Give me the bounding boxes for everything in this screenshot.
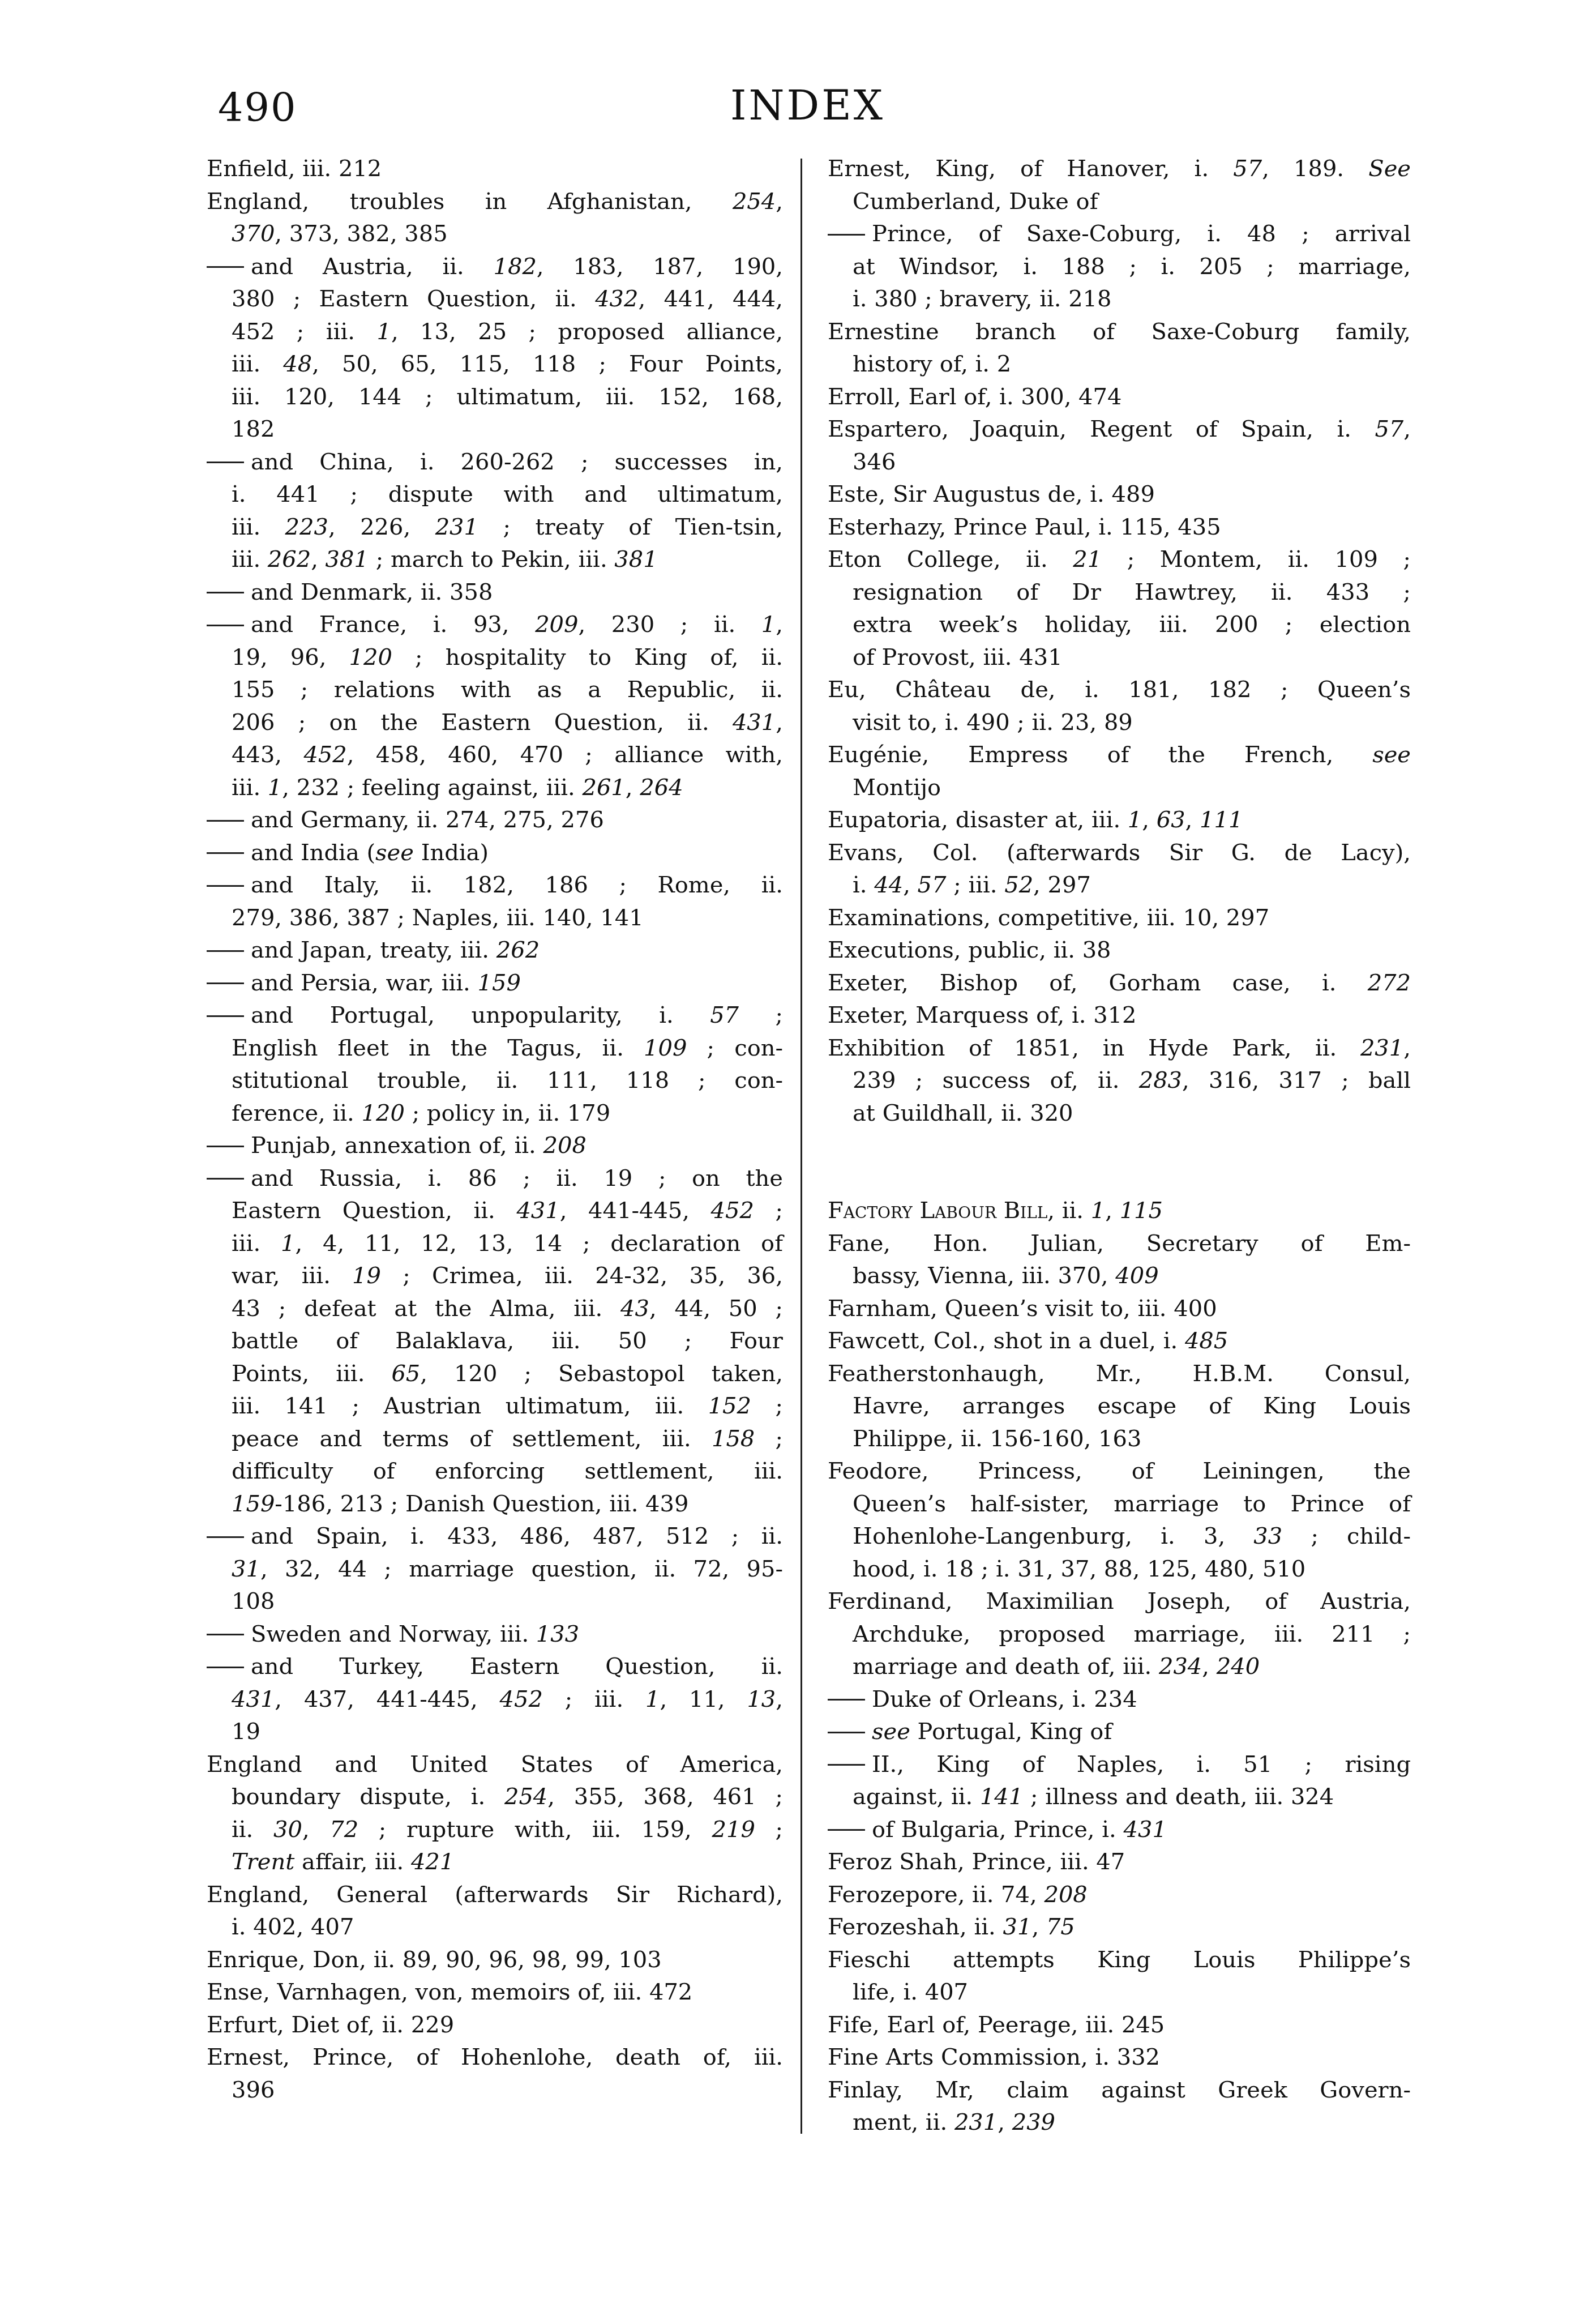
italic-page-ref: 111 [1200, 807, 1243, 833]
italic-page-ref: 261 [582, 775, 625, 801]
index-subentry-line: of Bulgaria, Prince, i. 431 [828, 1814, 1411, 1847]
index-text: 108 [232, 1588, 275, 1614]
index-text: ; march to Pekin, iii. [369, 546, 614, 573]
index-text: ; policy in, ii. 179 [405, 1100, 610, 1126]
index-entry-line: Ernest, Prince, of Hohenlohe, death of, … [207, 2041, 783, 2074]
index-text: , 316, 317 ; ball [1182, 1067, 1411, 1093]
running-head: INDEX [730, 83, 885, 128]
index-text: stitutional trouble, ii. 111, 118 ; con- [232, 1067, 783, 1093]
index-text: peace and terms of settlement, iii. [232, 1426, 712, 1452]
index-text: affair, iii. [294, 1849, 411, 1875]
italic-page-ref: 409 [1115, 1263, 1158, 1289]
index-continuation-line: Hohenlohe-Langenburg, i. 3, 33 ; child- [828, 1520, 1411, 1553]
index-subentry-line: and Turkey, Eastern Question, ii. [207, 1651, 783, 1684]
index-continuation-line: at Windsor, i. 188 ; i. 205 ; marriage, [828, 251, 1411, 284]
index-continuation-line: i. 441 ; dispute with and ultimatum, [207, 479, 783, 511]
index-text: Erfurt, Diet of, ii. 229 [207, 2012, 454, 2038]
em-rule-repeat-marker [828, 234, 865, 236]
italic-page-ref: 152 [708, 1393, 751, 1419]
em-rule-repeat-marker [207, 462, 244, 463]
em-rule-repeat-marker [828, 1699, 865, 1701]
index-text: iii. [232, 775, 268, 801]
index-text: Philippe, ii. 156-160, 163 [853, 1426, 1141, 1452]
em-rule-repeat-marker [207, 266, 244, 268]
index-text: Fawcett, Col., shot in a duel, i. [828, 1328, 1185, 1354]
index-text: ; [739, 1002, 783, 1028]
index-text: 380 ; Eastern Question, ii. [232, 286, 595, 312]
italic-page-ref: 57 [1375, 416, 1403, 442]
index-text: Ernest, King, of Hanover, i. [828, 156, 1233, 182]
index-text: of Bulgaria, Prince, i. [872, 1817, 1124, 1843]
italic-page-ref: 109 [644, 1035, 687, 1061]
index-text: ; [751, 1393, 783, 1419]
index-text: -186, 213 ; Danish Question, iii. 439 [275, 1491, 688, 1517]
blank-line [828, 1130, 1411, 1163]
index-entry-line: Farnham, Queen’s visit to, iii. 400 [828, 1293, 1411, 1326]
em-rule-repeat-marker [828, 1829, 865, 1831]
index-text: Exeter, Bishop of, Gorham case, i. [828, 970, 1368, 996]
index-continuation-line: 182 [207, 413, 783, 446]
index-text: Eupatoria, disaster at, iii. [828, 807, 1128, 833]
index-text: Eugénie, Empress of the French, [828, 742, 1372, 768]
index-continuation-line: English fleet in the Tagus, ii. 109 ; co… [207, 1032, 783, 1065]
index-text: , 373, 382, 385 [275, 221, 447, 247]
index-continuation-line: Queen’s half-sister, marriage to Prince … [828, 1488, 1411, 1521]
index-text: history of, i. 2 [853, 351, 1011, 377]
em-rule-repeat-marker [207, 950, 244, 952]
italic-page-ref: 63 [1157, 807, 1185, 833]
index-text: hood, i. 18 ; i. 31, 37, 88, 125, 480, 5… [853, 1556, 1305, 1582]
index-text: and Spain, i. 433, 486, 487, 512 ; ii. [251, 1523, 783, 1549]
index-text: , 13, 25 ; proposed alliance, [391, 319, 783, 345]
index-text: Ferozepore, ii. 74, [828, 1882, 1044, 1908]
index-entry-line: Exeter, Bishop of, Gorham case, i. 272 [828, 967, 1411, 1000]
index-entry-line: Eupatoria, disaster at, iii. 1, 63, 111 [828, 804, 1411, 837]
index-text: England, General (afterwards Sir Richard… [207, 1882, 783, 1908]
index-text: Points, iii. [232, 1361, 391, 1387]
index-text: ; [754, 1198, 783, 1224]
index-text: Havre, arranges escape of King Louis [853, 1393, 1411, 1419]
index-text: English fleet in the Tagus, ii. [232, 1035, 644, 1061]
index-text: ii. [232, 1817, 273, 1843]
index-continuation-line: i. 44, 57 ; iii. 52, 297 [828, 869, 1411, 902]
index-text: , 4, 11, 12, 13, 14 ; declaration of [295, 1231, 783, 1257]
index-continuation-line: iii. 262, 381 ; march to Pekin, iii. 381 [207, 544, 783, 576]
index-text: i. 441 ; dispute with and ultimatum, [232, 481, 783, 507]
index-entry-line: Fieschi attempts King Louis Philippe’s [828, 1944, 1411, 1977]
italic-page-ref: 141 [980, 1784, 1023, 1810]
index-text: war, iii. [232, 1263, 352, 1289]
index-continuation-line: of Provost, iii. 431 [828, 642, 1411, 674]
index-text: England, troubles in Afghanistan, [207, 189, 733, 215]
index-continuation-line: against, ii. 141 ; illness and death, ii… [828, 1781, 1411, 1814]
index-text: Exeter, Marquess of, i. 312 [828, 1002, 1137, 1028]
index-text: Ense, Varnhagen, von, memoirs of, iii. 4… [207, 1979, 692, 2005]
index-text: ; [755, 1817, 783, 1843]
index-entry-line: Espartero, Joaquin, Regent of Spain, i. … [828, 413, 1411, 446]
index-text: i. [853, 872, 874, 898]
index-text: iii. [232, 514, 285, 540]
index-text: Feroz Shah, Prince, iii. 47 [828, 1849, 1125, 1875]
index-text: and Germany, ii. 274, 275, 276 [251, 807, 604, 833]
index-continuation-line: 443, 452, 458, 460, 470 ; alliance with, [207, 739, 783, 772]
index-text: , 226, [328, 514, 435, 540]
italic-page-ref: 1 [281, 1231, 295, 1257]
index-entry-line: Fife, Earl of, Peerage, iii. 245 [828, 2009, 1411, 2042]
italic-page-ref: 120 [362, 1100, 405, 1126]
italic-page-ref: 240 [1217, 1654, 1260, 1680]
index-text: of Provost, iii. 431 [853, 644, 1063, 670]
index-continuation-line: 43 ; defeat at the Alma, iii. 43, 44, 50… [207, 1293, 783, 1326]
index-text: ; con- [687, 1035, 783, 1061]
italic-page-ref: 254 [504, 1784, 547, 1810]
italic-page-ref: 209 [535, 612, 578, 638]
index-text: Eastern Question, ii. [232, 1198, 516, 1224]
em-rule-repeat-marker [207, 982, 244, 984]
em-rule-repeat-marker [207, 1146, 244, 1147]
index-subentry-line: and Germany, ii. 274, 275, 276 [207, 804, 783, 837]
index-text: 443, [232, 742, 303, 768]
index-continuation-line: peace and terms of settlement, iii. 158 … [207, 1423, 783, 1456]
index-entry-line: Este, Sir Augustus de, i. 489 [828, 479, 1411, 511]
index-continuation-line: 431, 437, 441-445, 452 ; iii. 1, 11, 13, [207, 1684, 783, 1716]
index-entry-line: England and United States of America, [207, 1749, 783, 1782]
italic-page-ref: see [872, 1719, 910, 1745]
index-text: , 50, 65, 115, 118 ; Four Points, [312, 351, 783, 377]
italic-page-ref: 33 [1253, 1523, 1282, 1549]
column-divider-rule [801, 159, 802, 2134]
index-continuation-line: 346 [828, 446, 1411, 479]
index-continuation-line: war, iii. 19 ; Crimea, iii. 24-32, 35, 3… [207, 1260, 783, 1293]
italic-page-ref: 1 [376, 319, 391, 345]
index-text: ference, ii. [232, 1100, 362, 1126]
index-text: Exhibition of 1851, in Hyde Park, ii. [828, 1035, 1360, 1061]
index-text: ment, ii. [853, 2109, 954, 2135]
index-text: Duke of Orleans, i. 234 [872, 1686, 1137, 1712]
em-rule-repeat-marker [828, 1732, 865, 1733]
em-rule-repeat-marker [207, 885, 244, 887]
italic-page-ref: 19 [352, 1263, 381, 1289]
index-text: 182 [232, 416, 275, 442]
index-text: Fane, Hon. Julian, Secretary of Em- [828, 1231, 1411, 1257]
italic-page-ref: 182 [494, 254, 537, 280]
index-text: 279, 386, 387 ; Naples, iii. 140, 141 [232, 905, 644, 931]
index-text: and Russia, i. 86 ; ii. 19 ; on the [251, 1165, 783, 1191]
italic-page-ref: 57 [1233, 156, 1262, 182]
index-text: marriage and death of, iii. [853, 1654, 1159, 1680]
italic-page-ref: 57 [710, 1002, 739, 1028]
italic-page-ref: 65 [391, 1361, 420, 1387]
index-text: , [776, 1686, 783, 1712]
index-text: , 437, 441-445, [275, 1686, 499, 1712]
index-text: Espartero, Joaquin, Regent of Spain, i. [828, 416, 1375, 442]
index-text: , 232 ; feeling against, iii. [282, 775, 582, 801]
index-subentry-line: Sweden and Norway, iii. 133 [207, 1618, 783, 1651]
index-continuation-line: ment, ii. 231, 239 [828, 2107, 1411, 2139]
index-text: Featherstonhaugh, Mr., H.B.M. Consul, [828, 1361, 1411, 1387]
index-entry-line: Ferdinand, Maximilian Joseph, of Austria… [828, 1586, 1411, 1618]
index-text: boundary dispute, i. [232, 1784, 504, 1810]
italic-page-ref: 234 [1159, 1654, 1202, 1680]
index-entry-line: Esterhazy, Prince Paul, i. 115, 435 [828, 511, 1411, 544]
index-entry-line: Executions, public, ii. 38 [828, 934, 1411, 967]
index-text: Esterhazy, Prince Paul, i. 115, 435 [828, 514, 1221, 540]
index-text: i. 380 ; bravery, ii. 218 [853, 286, 1112, 312]
index-text: bassy, Vienna, iii. 370, [853, 1263, 1115, 1289]
italic-page-ref: 30 [273, 1817, 302, 1843]
italic-page-ref: 452 [711, 1198, 754, 1224]
italic-page-ref: 431 [516, 1198, 559, 1224]
index-text: India) [414, 840, 489, 866]
italic-page-ref: 283 [1139, 1067, 1182, 1093]
index-continuation-line: i. 402, 407 [207, 1911, 783, 1944]
index-continuation-line: 370, 373, 382, 385 [207, 218, 783, 251]
index-continuation-line: hood, i. 18 ; i. 31, 37, 88, 125, 480, 5… [828, 1553, 1411, 1586]
index-column-left: Enfield, iii. 212England, troubles in Af… [207, 153, 783, 2107]
italic-page-ref: 1 [268, 775, 282, 801]
index-text: against, ii. [853, 1784, 980, 1810]
italic-page-ref: see [1372, 742, 1411, 768]
em-rule-repeat-marker [207, 1634, 244, 1635]
index-text: , [311, 546, 325, 573]
index-continuation-line: 380 ; Eastern Question, ii. 432, 441, 44… [207, 283, 783, 316]
italic-page-ref: 13 [747, 1686, 776, 1712]
italic-page-ref: 43 [620, 1296, 649, 1322]
index-continuation-line: 19 [207, 1716, 783, 1749]
index-text: 452 ; iii. [232, 319, 376, 345]
index-subentry-line: see Portugal, King of [828, 1716, 1411, 1749]
italic-page-ref: 1 [761, 612, 776, 638]
index-text: battle of Balaklava, iii. 50 ; Four [232, 1328, 783, 1354]
index-continuation-line: marriage and death of, iii. 234, 240 [828, 1651, 1411, 1684]
index-entry-line: Evans, Col. (afterwards Sir G. de Lacy), [828, 837, 1411, 870]
index-continuation-line: stitutional trouble, ii. 111, 118 ; con- [207, 1065, 783, 1097]
index-text: 239 ; success of, ii. [853, 1067, 1139, 1093]
index-continuation-line: iii. 141 ; Austrian ultimatum, iii. 152 … [207, 1390, 783, 1423]
index-entry-line: Ense, Varnhagen, von, memoirs of, iii. 4… [207, 1976, 783, 2009]
index-text: , 458, 460, 470 ; alliance with, [347, 742, 783, 768]
italic-page-ref: 231 [954, 2109, 998, 2135]
italic-page-ref: 381 [614, 546, 657, 573]
index-subentry-line: Prince, of Saxe-Coburg, i. 48 ; arrival [828, 218, 1411, 251]
index-text: ; Montem, ii. 109 ; [1102, 546, 1411, 573]
italic-page-ref: 1 [645, 1686, 660, 1712]
index-text: , 441-445, [560, 1198, 711, 1224]
index-text: 19, 96, [232, 644, 349, 670]
index-entry-line: Fine Arts Commission, i. 332 [828, 2041, 1411, 2074]
index-continuation-line: battle of Balaklava, iii. 50 ; Four [207, 1325, 783, 1358]
italic-page-ref: 254 [733, 189, 776, 215]
index-text: , 355, 368, 461 ; [547, 1784, 783, 1810]
italic-page-ref: 431 [733, 710, 776, 736]
index-text: , [302, 1817, 329, 1843]
index-text: ; iii. [543, 1686, 645, 1712]
index-text: 206 ; on the Eastern Question, ii. [232, 710, 733, 736]
index-entry-line: England, General (afterwards Sir Richard… [207, 1879, 783, 1912]
index-text: ; Crimea, iii. 24-32, 35, 36, [381, 1263, 783, 1289]
index-text: and Portugal, unpopularity, i. [251, 1002, 710, 1028]
index-subentry-line: II., King of Naples, i. 51 ; rising [828, 1749, 1411, 1782]
index-text: iii. [232, 546, 268, 573]
italic-page-ref: 31 [1003, 1914, 1032, 1940]
index-text: Montijo [853, 775, 941, 801]
index-entry-line: Factory Labour Bill, ii. 1, 115 [828, 1195, 1411, 1228]
index-subentry-line: and Spain, i. 433, 486, 487, 512 ; ii. [207, 1520, 783, 1553]
index-continuation-line: 239 ; success of, ii. 283, 316, 317 ; ba… [828, 1065, 1411, 1097]
index-entry-line: Ernest, King, of Hanover, i. 57, 189. Se… [828, 153, 1411, 186]
em-rule-repeat-marker [207, 625, 244, 626]
italic-page-ref: 485 [1185, 1328, 1228, 1354]
index-text: Hohenlohe-Langenburg, i. 3, [853, 1523, 1253, 1549]
index-column-right: Ernest, King, of Hanover, i. 57, 189. Se… [828, 153, 1411, 2139]
index-continuation-line: 155 ; relations with as a Republic, ii. [207, 674, 783, 707]
italic-page-ref: 264 [640, 775, 683, 801]
index-text: and Persia, war, iii. [251, 970, 478, 996]
index-continuation-line: ference, ii. 120 ; policy in, ii. 179 [207, 1097, 783, 1130]
italic-page-ref: 208 [543, 1133, 587, 1159]
index-text: resignation of Dr Hawtrey, ii. 433 ; [853, 579, 1411, 605]
index-text: , [626, 775, 640, 801]
index-text: ; illness and death, iii. 324 [1023, 1784, 1334, 1810]
index-continuation-line: Cumberland, Duke of [828, 186, 1411, 219]
em-rule-repeat-marker [207, 852, 244, 854]
index-text: 43 ; defeat at the Alma, iii. [232, 1296, 620, 1322]
index-continuation-line: Trent affair, iii. 421 [207, 1846, 783, 1879]
index-continuation-line: life, i. 407 [828, 1976, 1411, 2009]
index-text: iii. 141 ; Austrian ultimatum, iii. [232, 1393, 708, 1419]
italic-page-ref: See [1368, 156, 1411, 182]
italic-page-ref: 231 [1360, 1035, 1403, 1061]
index-text: ; [755, 1426, 783, 1452]
index-continuation-line: i. 380 ; bravery, ii. 218 [828, 283, 1411, 316]
italic-page-ref: 231 [435, 514, 478, 540]
italic-page-ref: 115 [1120, 1198, 1163, 1224]
index-text: and China, i. 260-262 ; successes in, [251, 449, 783, 475]
page-number: 490 [218, 85, 297, 130]
index-text: , [1403, 1035, 1411, 1061]
index-text: ; iii. [946, 872, 1004, 898]
italic-page-ref: 158 [712, 1426, 755, 1452]
italic-page-ref: 72 [329, 1817, 358, 1843]
index-text: Cumberland, Duke of [853, 189, 1098, 215]
index-entry-line: Ferozepore, ii. 74, 208 [828, 1879, 1411, 1912]
index-subentry-line: Duke of Orleans, i. 234 [828, 1684, 1411, 1716]
index-continuation-line: Havre, arranges escape of King Louis [828, 1390, 1411, 1423]
index-text: and France, i. 93, [251, 612, 535, 638]
em-rule-repeat-marker [828, 1764, 865, 1766]
index-text: ; child- [1282, 1523, 1411, 1549]
index-text: , 44, 50 ; [649, 1296, 783, 1322]
index-text: i. 402, 407 [232, 1914, 354, 1940]
index-text: Fife, Earl of, Peerage, iii. 245 [828, 2012, 1165, 2038]
index-continuation-line: iii. 1, 232 ; feeling against, iii. 261,… [207, 772, 783, 805]
index-text: Queen’s half-sister, marriage to Prince … [853, 1491, 1411, 1517]
index-text: and Italy, ii. 182, 186 ; Rome, ii. [251, 872, 783, 898]
italic-page-ref: 120 [349, 644, 392, 670]
index-subentry-line: and Austria, ii. 182, 183, 187, 190, [207, 251, 783, 284]
index-text: and Denmark, ii. 358 [251, 579, 493, 605]
index-text: Erroll, Earl of, i. 300, 474 [828, 384, 1121, 410]
index-text: Ernestine branch of Saxe-Coburg family, [828, 319, 1411, 345]
index-text: , [1202, 1654, 1216, 1680]
index-entry-line: Exeter, Marquess of, i. 312 [828, 999, 1411, 1032]
index-text: Punjab, annexation of, ii. [251, 1133, 543, 1159]
index-text: and Japan, treaty, iii. [251, 937, 496, 963]
index-entry-line: Ernestine branch of Saxe-Coburg family, [828, 316, 1411, 349]
italic-page-ref: 370 [232, 221, 275, 247]
index-text: Examinations, competitive, iii. 10, 297 [828, 905, 1269, 931]
italic-page-ref: 431 [1124, 1817, 1167, 1843]
index-continuation-line: 108 [207, 1586, 783, 1618]
index-entry-line: Enfield, iii. 212 [207, 153, 783, 186]
index-text: difficulty of enforcing settlement, iii. [232, 1458, 783, 1484]
index-entry-line: Eugénie, Empress of the French, see [828, 739, 1411, 772]
index-text: iii. 120, 144 ; ultimatum, iii. 152, 168… [232, 384, 783, 410]
em-rule-repeat-marker [207, 592, 244, 593]
index-continuation-line: difficulty of enforcing settlement, iii. [207, 1455, 783, 1488]
index-continuation-line: ii. 30, 72 ; rupture with, iii. 159, 219… [207, 1814, 783, 1847]
index-text: II., King of Naples, i. 51 ; rising [872, 1751, 1411, 1778]
em-rule-repeat-marker [207, 1178, 244, 1180]
em-rule-repeat-marker [207, 1667, 244, 1668]
index-text: at Windsor, i. 188 ; i. 205 ; marriage, [853, 254, 1411, 280]
index-text: and Turkey, Eastern Question, ii. [251, 1654, 783, 1680]
index-text: 396 [232, 2077, 275, 2103]
index-entry-line: Feroz Shah, Prince, iii. 47 [828, 1846, 1411, 1879]
index-text: extra week’s holiday, iii. 200 ; electio… [853, 612, 1411, 638]
index-entry-line: Eu, Château de, i. 181, 182 ; Queen’s [828, 674, 1411, 707]
index-text: Prince, of Saxe-Coburg, i. 48 ; arrival [872, 221, 1411, 247]
index-continuation-line: 19, 96, 120 ; hospitality to King of, ii… [207, 642, 783, 674]
italic-page-ref: 452 [303, 742, 346, 768]
italic-page-ref: 219 [712, 1817, 755, 1843]
index-text: Ferozeshah, ii. [828, 1914, 1003, 1940]
italic-page-ref: 431 [232, 1686, 275, 1712]
index-subentry-line: and France, i. 93, 209, 230 ; ii. 1, [207, 609, 783, 642]
index-text: 346 [853, 449, 896, 475]
index-text: Feodore, Princess, of Leiningen, the [828, 1458, 1411, 1484]
index-text: , [776, 710, 783, 736]
index-text: ; rupture with, iii. 159, [358, 1817, 712, 1843]
index-continuation-line: 279, 386, 387 ; Naples, iii. 140, 141 [207, 902, 783, 935]
index-text: Executions, public, ii. 38 [828, 937, 1111, 963]
em-rule-repeat-marker [207, 1015, 244, 1017]
index-text: , [1142, 807, 1156, 833]
index-text: Ferdinand, Maximilian Joseph, of Austria… [828, 1588, 1411, 1614]
index-continuation-line: Philippe, ii. 156-160, 163 [828, 1423, 1411, 1456]
index-continuation-line: visit to, i. 490 ; ii. 23, 89 [828, 707, 1411, 740]
index-subentry-line: Punjab, annexation of, ii. 208 [207, 1130, 783, 1163]
italic-page-ref: 48 [283, 351, 312, 377]
index-text: Ernest, Prince, of Hohenlohe, death of, … [207, 2044, 783, 2070]
index-text: iii. [232, 351, 283, 377]
index-continuation-line: 31, 32, 44 ; marriage question, ii. 72, … [207, 1553, 783, 1586]
index-text: at Guildhall, ii. 320 [853, 1100, 1073, 1126]
index-entry-line: Erroll, Earl of, i. 300, 474 [828, 381, 1411, 414]
index-text: Este, Sir Augustus de, i. 489 [828, 481, 1155, 507]
index-entry-line: Ferozeshah, ii. 31, 75 [828, 1911, 1411, 1944]
italic-page-ref: 381 [326, 546, 369, 573]
index-text: 19 [232, 1719, 260, 1745]
italic-page-ref: 1 [1091, 1198, 1105, 1224]
index-text: and India ( [251, 840, 375, 866]
italic-page-ref: 421 [411, 1849, 454, 1875]
index-continuation-line: boundary dispute, i. 254, 355, 368, 461 … [207, 1781, 783, 1814]
index-entry-line: Fawcett, Col., shot in a duel, i. 485 [828, 1325, 1411, 1358]
index-subentry-line: and Japan, treaty, iii. 262 [207, 934, 783, 967]
italic-page-ref: 239 [1012, 2109, 1055, 2135]
index-text: England and United States of America, [207, 1751, 783, 1778]
